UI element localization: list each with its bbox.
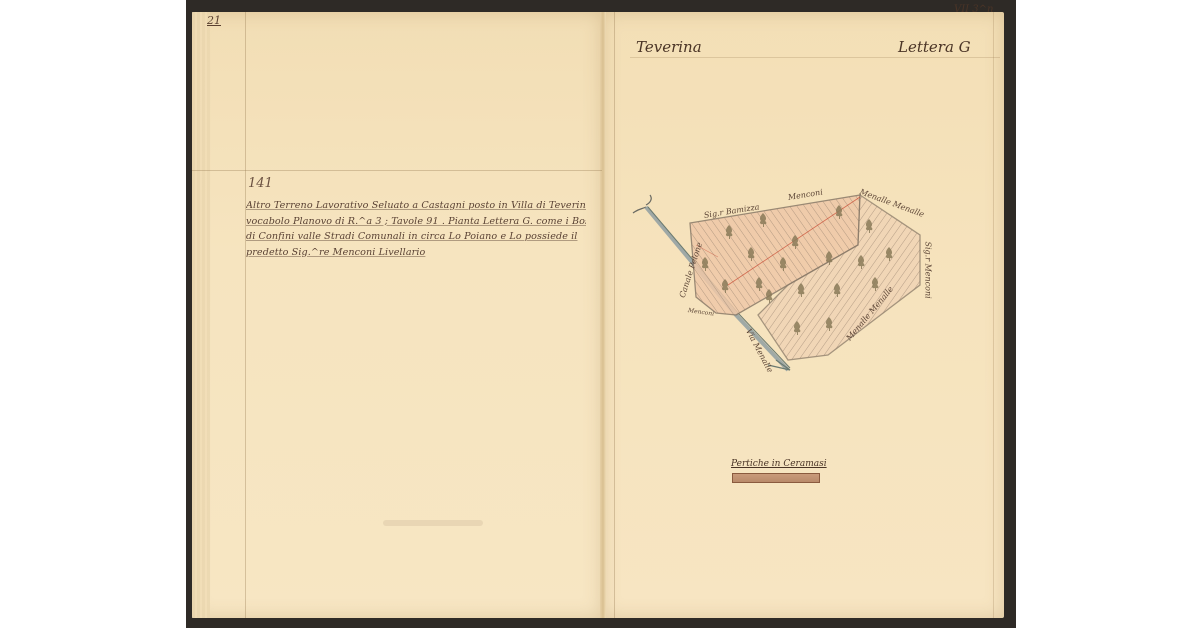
map-label-neighbor: Sig.r Menconi — [924, 242, 933, 299]
parcel-map-drawing — [628, 185, 958, 385]
entry-number: 141 — [248, 176, 273, 191]
faint-bleed-through — [383, 520, 483, 526]
entry-description: Altro Terreno Lavorativo Seluato a Casta… — [246, 198, 586, 260]
right-header-rule — [630, 57, 1000, 58]
left-page — [192, 12, 602, 618]
scale-caption: Pertiche in Ceramasi — [731, 459, 827, 469]
folio-mark: 21 — [207, 14, 221, 27]
right-edge-rule — [993, 12, 994, 618]
right-margin-rule — [614, 12, 615, 618]
page-number: VII 3^n — [954, 4, 993, 15]
parcel-map: Sig.r Bamizza Menconi Menalle Menalle Si… — [628, 185, 958, 385]
entry-line: predetto Sig.^re Menconi Livellario — [246, 245, 586, 261]
book-gutter — [600, 12, 606, 618]
entry-line: di Confini valle Stradi Comunali in circ… — [246, 229, 586, 245]
left-header-rule — [192, 170, 602, 171]
left-margin-rule — [245, 12, 246, 618]
entry-line: Altro Terreno Lavorativo Seluato a Casta… — [246, 198, 586, 214]
entry-line: vocabolo Planovo di R.^a 3 ; Tavole 91 .… — [246, 214, 586, 230]
scale-bar — [732, 473, 820, 483]
locality-heading: Teverina — [636, 38, 702, 56]
letter-heading: Lettera G — [898, 38, 971, 56]
